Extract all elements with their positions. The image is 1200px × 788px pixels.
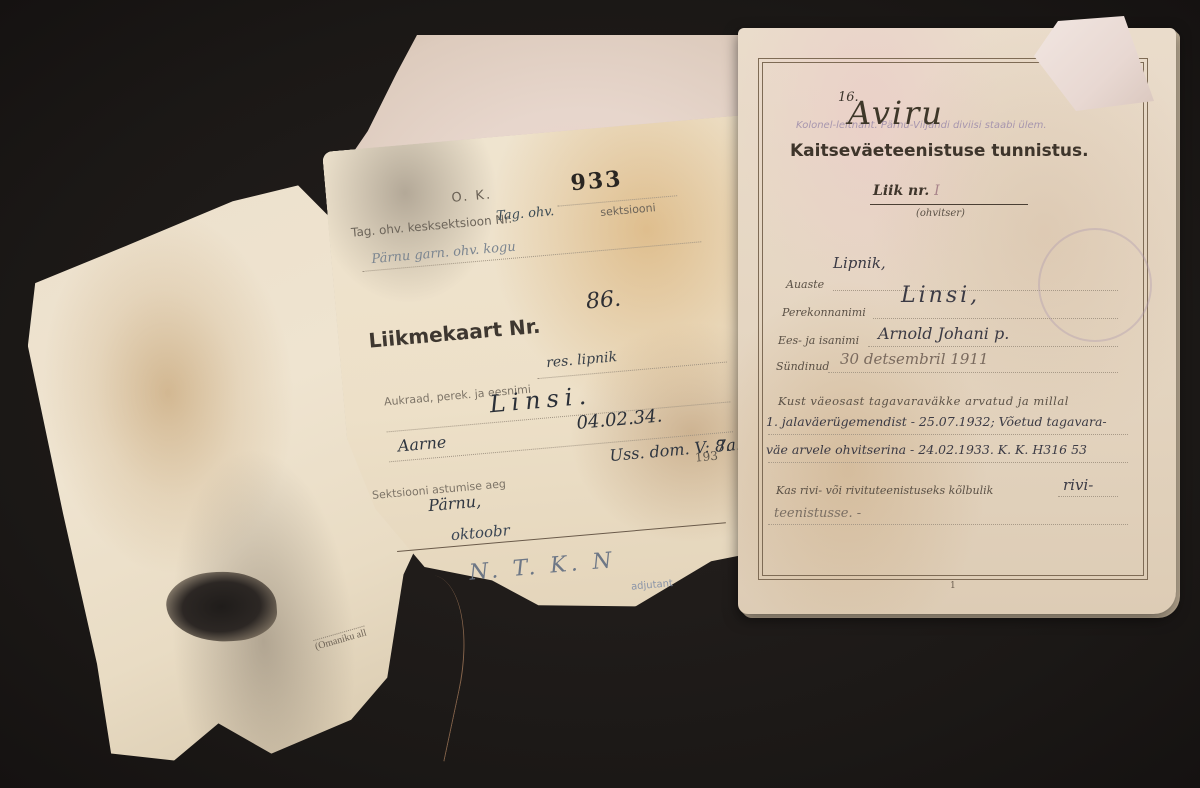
dotted-line [768,434,1128,435]
category-note: (ohvitser) [916,208,965,219]
member-number: 86. [585,287,622,315]
category-underline [870,204,1028,205]
photo-scene: (Omaniku all O. K. 933 Tag. ohv. kesksek… [0,0,1200,788]
field-value-born: 30 detsembril 1911 [840,350,988,368]
fitness-answer-2: teenistusse. - [774,506,861,521]
field-label-surname: Perekonnanimi [782,306,866,319]
field-value-rank: Lipnik, [833,254,886,272]
dotted-line [868,346,1118,347]
commander-signature: Aviru [848,94,944,132]
page-number: 1 [950,581,956,591]
card-number: 933 [570,166,624,196]
category-value: I [934,183,940,199]
field-label-rank: Auaste [786,278,824,291]
field-label-names: Ees- ja isanimi [778,334,859,347]
reserve-answer-line2: väe arvele ohvitserina - 24.02.1933. K. … [766,442,1087,457]
fitness-question: Kas rivi- või rivituteenistuseks kõlbuli… [776,484,993,497]
field-label-born: Sündinud [776,360,829,373]
dotted-line [768,524,1128,525]
category-label-text: Liik nr. [873,183,929,199]
service-certificate: Kolonel-leitnant. Pärnu-Viljandi diviisi… [738,28,1176,614]
dotted-line [768,462,1128,463]
reserve-question: Kust väeosast tagavaraväkke arvatud ja m… [778,394,1069,408]
stamp-line: diviisi staabi ülem. [953,120,1047,131]
field-value-names: Arnold Johani p. [878,324,1009,343]
category-label: Liik nr. I [873,183,940,199]
dotted-line [873,318,1118,319]
year-printed: 193 [694,449,718,465]
reserve-answer-line1: 1. jalaväerügemendist - 25.07.1932; Võet… [766,414,1107,429]
faded-seal [1038,228,1152,342]
certificate-title: Kaitseväeteenistuse tunnistus. [790,141,1089,161]
dotted-line [1058,496,1118,497]
membership-card: O. K. 933 Tag. ohv. kesksektsioon Nr. Ta… [322,114,802,631]
adjutant-stamp: adjutant [631,578,674,593]
fitness-answer-1: rivi- [1063,476,1093,494]
dotted-line [828,372,1118,373]
field-value-surname: Linsi, [901,283,980,308]
